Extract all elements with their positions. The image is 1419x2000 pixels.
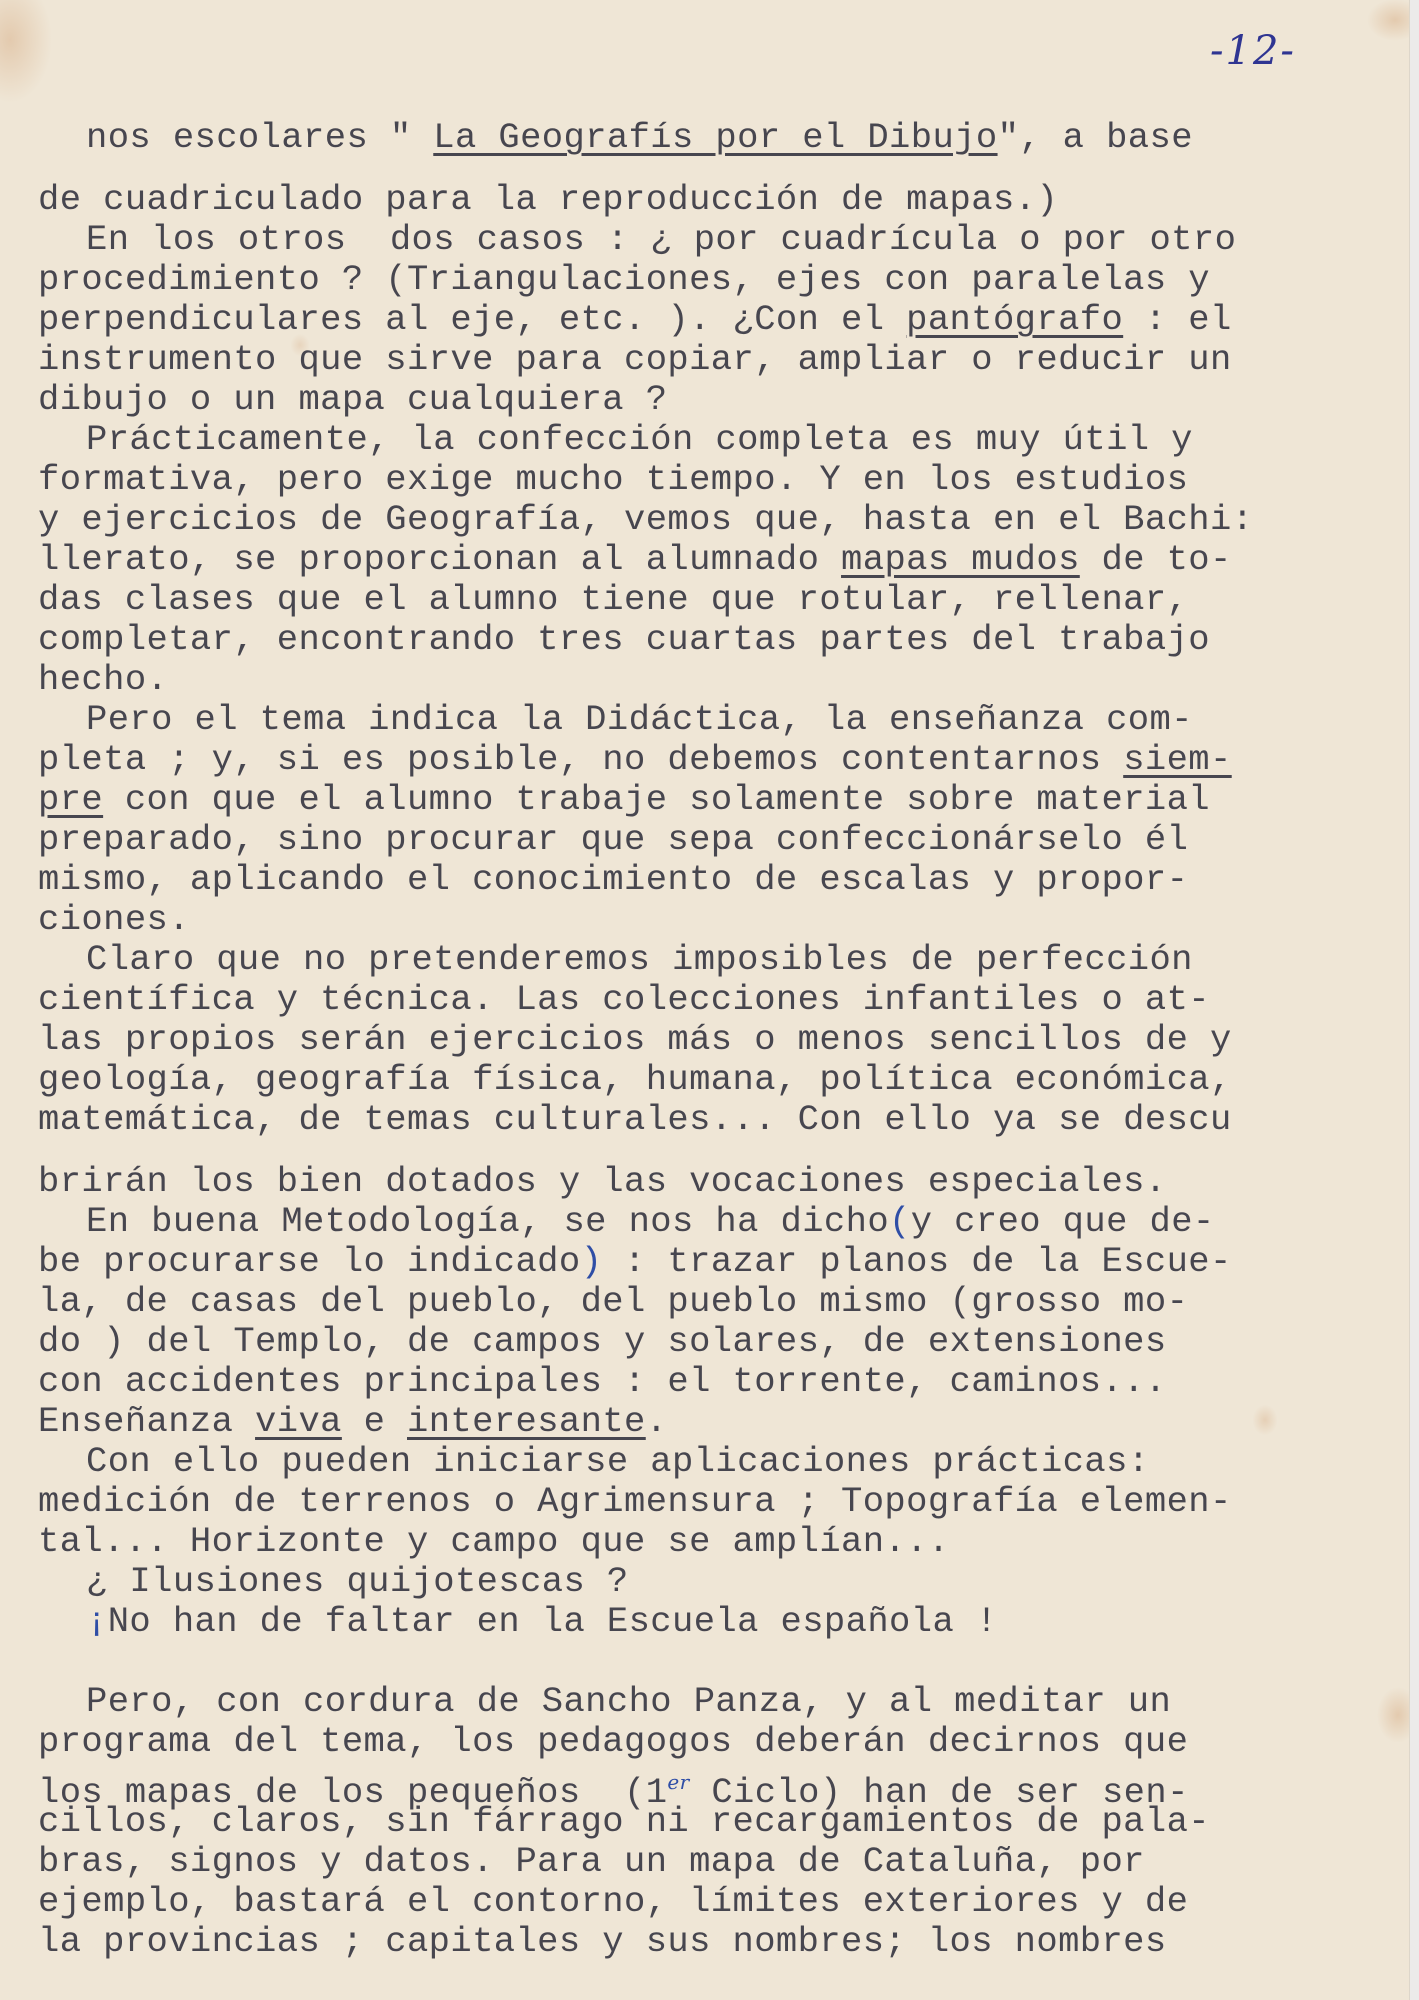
text-line: das clases que el alumno tiene que rotul… [38,580,1408,620]
text-span: hecho. [38,659,168,700]
text-line: geología, geografía física, humana, polí… [38,1060,1408,1100]
underlined-text: pre [38,779,103,820]
text-line: bras, signos y datos. Para un mapa de Ca… [38,1842,1408,1882]
text-span: mismo, aplicando el conocimiento de esca… [38,859,1188,900]
text-line: las propios serán ejercicios más o menos… [38,1020,1408,1060]
handwritten-mark: ¡ [86,1601,108,1642]
text-line: y ejercicios de Geografía, vemos que, ha… [38,500,1408,540]
text-line: dibujo o un mapa cualquiera ? [38,380,1408,420]
text-span: cillos, claros, sin fárrago ni recargami… [38,1801,1210,1842]
text-span: llerato, se proporcionan al alumnado [38,539,841,580]
text-span: brirán los bien dotados y las vocaciones… [38,1161,1167,1202]
text-line: do ) del Templo, de campos y solares, de… [38,1322,1408,1362]
text-span: No han de faltar en la Escuela española … [108,1601,998,1642]
text-span: das clases que el alumno tiene que rotul… [38,579,1188,620]
text-span: de to- [1080,539,1232,580]
text-line: nos escolares " La Geografís por el Dibu… [38,118,1408,158]
text-line: pre con que el alumno trabaje solamente … [38,780,1408,820]
text-span: matemática, de temas culturales... Con e… [38,1099,1232,1140]
text-span: procedimiento ? (Triangulaciones, ejes c… [38,259,1210,300]
text-span: : trazar planos de la Escue- [602,1241,1231,1282]
text-span: : el [1123,299,1232,340]
text-line: procedimiento ? (Triangulaciones, ejes c… [38,260,1408,300]
text-span: la, de casas del pueblo, del pueblo mism… [38,1281,1188,1322]
text-line: be procurarse lo indicado) : trazar plan… [38,1242,1408,1282]
page-number: -12- [1210,28,1296,74]
text-span: completar, encontrando tres cuartas part… [38,619,1210,660]
text-span: Con ello pueden iniciarse aplicaciones p… [86,1441,1149,1482]
text-line: llerato, se proporcionan al alumnado map… [38,540,1408,580]
typewritten-page: -12- nos escolares " La Geografís por el… [0,0,1410,2000]
text-span: En los otros dos casos : ¿ por cuadrícul… [86,219,1236,260]
text-span: do ) del Templo, de campos y solares, de… [38,1321,1167,1362]
text-span: geología, geografía física, humana, polí… [38,1059,1232,1100]
text-span: las propios serán ejercicios más o menos… [38,1019,1232,1060]
text-line: con accidentes principales : el torrente… [38,1362,1408,1402]
text-span: programa del tema, los pedagogos deberán… [38,1721,1188,1762]
text-span: . [646,1401,668,1442]
text-line: completar, encontrando tres cuartas part… [38,620,1408,660]
text-line: ejemplo, bastará el contorno, límites ex… [38,1882,1408,1922]
handwritten-mark: er [667,1770,689,1794]
text-span: be procurarse lo indicado [38,1241,581,1282]
text-line: científica y técnica. Las colecciones in… [38,980,1408,1020]
text-span: tal... Horizonte y campo que se amplían.… [38,1521,950,1562]
handwritten-mark: ( [889,1201,911,1242]
underlined-text: siem- [1123,739,1232,780]
text-span: la provincias ; capitales y sus nombres;… [38,1921,1167,1962]
text-line: Claro que no pretenderemos imposibles de… [38,940,1408,980]
handwritten-mark: ) [581,1241,603,1282]
text-line: perpendiculares al eje, etc. ). ¿Con el … [38,300,1408,340]
text-span: Pero, con cordura de Sancho Panza, y al … [86,1681,1171,1722]
text-span: con que el alumno trabaje solamente sobr… [103,779,1210,820]
text-span: nos escolares " [86,117,433,158]
text-span: y creo que de- [911,1201,1215,1242]
text-line: Pero, con cordura de Sancho Panza, y al … [38,1682,1408,1722]
text-line: preparado, sino procurar que sepa confec… [38,820,1408,860]
text-span: e [342,1401,407,1442]
text-span: y ejercicios de Geografía, vemos que, ha… [38,499,1253,540]
text-line: En buena Metodología, se nos ha dicho(y … [38,1202,1408,1242]
text-span: perpendiculares al eje, etc. ). ¿Con el [38,299,906,340]
text-span: medición de terrenos o Agrimensura ; Top… [38,1481,1232,1522]
text-line: matemática, de temas culturales... Con e… [38,1100,1408,1140]
text-span: Prácticamente, la confección completa es… [86,419,1193,460]
text-line: la provincias ; capitales y sus nombres;… [38,1922,1408,1962]
text-span: ", a base [998,117,1193,158]
text-span: En buena Metodología, se nos ha dicho [86,1201,889,1242]
text-span: científica y técnica. Las colecciones in… [38,979,1210,1020]
text-line: pleta ; y, si es posible, no debemos con… [38,740,1408,780]
text-line: la, de casas del pueblo, del pueblo mism… [38,1282,1408,1322]
text-span: ejemplo, bastará el contorno, límites ex… [38,1881,1188,1922]
text-line: instrumento que sirve para copiar, ampli… [38,340,1408,380]
text-line: ¿ Ilusiones quijotescas ? [38,1562,1408,1602]
text-span: Claro que no pretenderemos imposibles de… [86,939,1193,980]
text-span: ¿ Ilusiones quijotescas ? [86,1561,629,1602]
text-span: dibujo o un mapa cualquiera ? [38,379,667,420]
text-span: pleta ; y, si es posible, no debemos con… [38,739,1123,780]
text-span: ciones. [38,899,190,940]
text-line: Pero el tema indica la Didáctica, la ens… [38,700,1408,740]
text-line: Con ello pueden iniciarse aplicaciones p… [38,1442,1408,1482]
text-span: Enseñanza [38,1401,255,1442]
document-body: nos escolares " La Geografís por el Dibu… [38,118,1408,1962]
text-span: de cuadriculado para la reproducción de … [38,179,1058,220]
text-line: medición de terrenos o Agrimensura ; Top… [38,1482,1408,1522]
text-line: programa del tema, los pedagogos deberán… [38,1722,1408,1762]
text-span: Pero el tema indica la Didáctica, la ens… [86,699,1193,740]
text-line: Prácticamente, la confección completa es… [38,420,1408,460]
text-span: preparado, sino procurar que sepa confec… [38,819,1188,860]
underlined-text: viva [255,1401,342,1442]
text-span: con accidentes principales : el torrente… [38,1361,1167,1402]
text-line: de cuadriculado para la reproducción de … [38,180,1408,220]
text-line: tal... Horizonte y campo que se amplían.… [38,1522,1408,1562]
text-line: brirán los bien dotados y las vocaciones… [38,1162,1408,1202]
text-span: bras, signos y datos. Para un mapa de Ca… [38,1841,1145,1882]
text-line: los mapas de los pequeños (1er Ciclo) ha… [38,1762,1408,1802]
underlined-text: La Geografís por el Dibujo [433,117,997,158]
underlined-text: mapas mudos [841,539,1080,580]
text-line: ciones. [38,900,1408,940]
text-line: hecho. [38,660,1408,700]
text-line: En los otros dos casos : ¿ por cuadrícul… [38,220,1408,260]
text-line: formativa, pero exige mucho tiempo. Y en… [38,460,1408,500]
underlined-text: interesante [407,1401,646,1442]
text-line: ¡No han de faltar en la Escuela española… [38,1602,1408,1642]
text-span: formativa, pero exige mucho tiempo. Y en… [38,459,1188,500]
text-line: Enseñanza viva e interesante. [38,1402,1408,1442]
underlined-text: pantógrafo [906,299,1123,340]
text-span: instrumento que sirve para copiar, ampli… [38,339,1232,380]
text-line: cillos, claros, sin fárrago ni recargami… [38,1802,1408,1842]
text-line: mismo, aplicando el conocimiento de esca… [38,860,1408,900]
